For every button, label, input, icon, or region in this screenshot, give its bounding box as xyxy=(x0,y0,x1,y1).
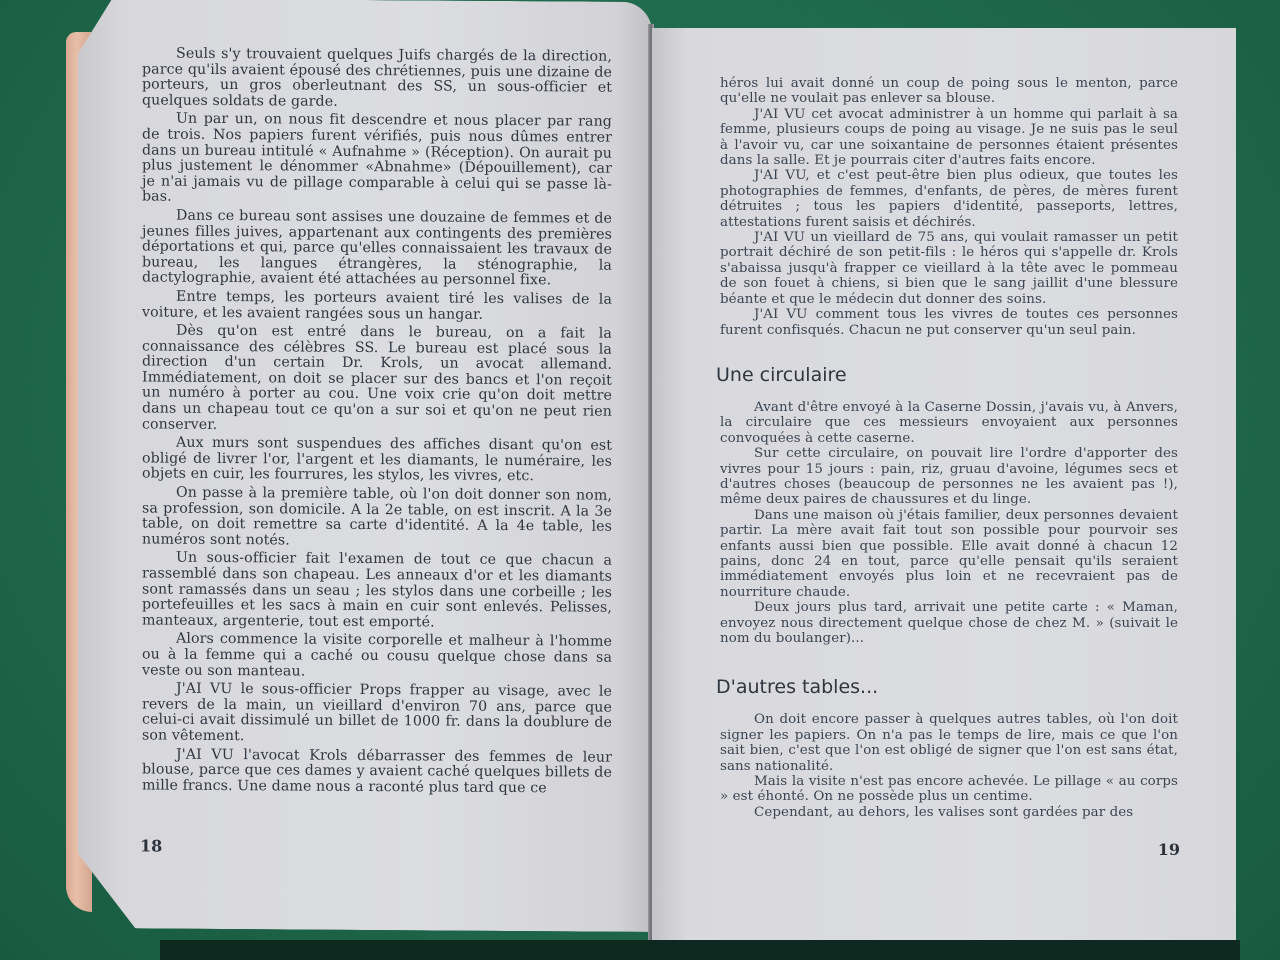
open-book: Seuls s'y trouvaient quelques Juifs char… xyxy=(0,0,1280,960)
paragraph: Un sous-officier fait l'examen de tout c… xyxy=(142,551,612,632)
page-number: 18 xyxy=(140,836,162,855)
paragraph: héros lui avait donné un coup de poing s… xyxy=(720,76,1178,107)
paragraph: Un par un, on nous fit descendre et nous… xyxy=(142,112,612,209)
paragraph: J'AI VU, et c'est peut-être bien plus od… xyxy=(720,168,1178,230)
table-shadow xyxy=(160,940,1240,960)
paragraph: Entre temps, les porteurs avaient tiré l… xyxy=(142,289,612,323)
paragraph: On passe à la première table, où l'on do… xyxy=(142,485,612,551)
section-heading: D'autres tables... xyxy=(716,676,1178,698)
right-page: héros lui avait donné un coup de poing s… xyxy=(652,28,1236,948)
paragraph: Aux murs sont suspendues des affiches di… xyxy=(142,436,612,486)
paragraph: J'AI VU le sous-officier Props frapper a… xyxy=(142,682,612,748)
paragraph: On doit encore passer à quelques autres … xyxy=(720,712,1178,774)
paragraph: Dans ce bureau sont assises une douzaine… xyxy=(142,208,612,289)
left-page: Seuls s'y trouvaient quelques Juifs char… xyxy=(78,0,652,932)
paragraph: Mais la visite n'est pas encore achevée.… xyxy=(720,774,1178,805)
paragraph: Deux jours plus tard, arrivait une petit… xyxy=(720,600,1178,646)
paragraph: Seuls s'y trouvaient quelques Juifs char… xyxy=(142,46,612,112)
paragraph: Cependant, au dehors, les valises sont g… xyxy=(720,805,1178,820)
paragraph: Dès qu'on est entré dans le bureau, on a… xyxy=(142,324,612,436)
paragraph: Dans une maison où j'étais familier, deu… xyxy=(720,508,1178,600)
paragraph: Avant d'être envoyé à la Caserne Dossin,… xyxy=(720,400,1178,446)
paragraph: Alors commence la visite corporelle et m… xyxy=(142,632,612,682)
paragraph: Sur cette circulaire, on pouvait lire l'… xyxy=(720,446,1178,508)
paragraph: J'AI VU comment tous les vivres de toute… xyxy=(720,307,1178,338)
section-heading: Une circulaire xyxy=(716,364,1178,386)
paragraph: J'AI VU un vieillard de 75 ans, qui voul… xyxy=(720,230,1178,307)
paragraph: J'AI VU l'avocat Krols débarrasser des f… xyxy=(142,747,612,797)
paragraph: J'AI VU cet avocat administrer à un homm… xyxy=(720,107,1178,169)
page-number: 19 xyxy=(1158,840,1180,859)
